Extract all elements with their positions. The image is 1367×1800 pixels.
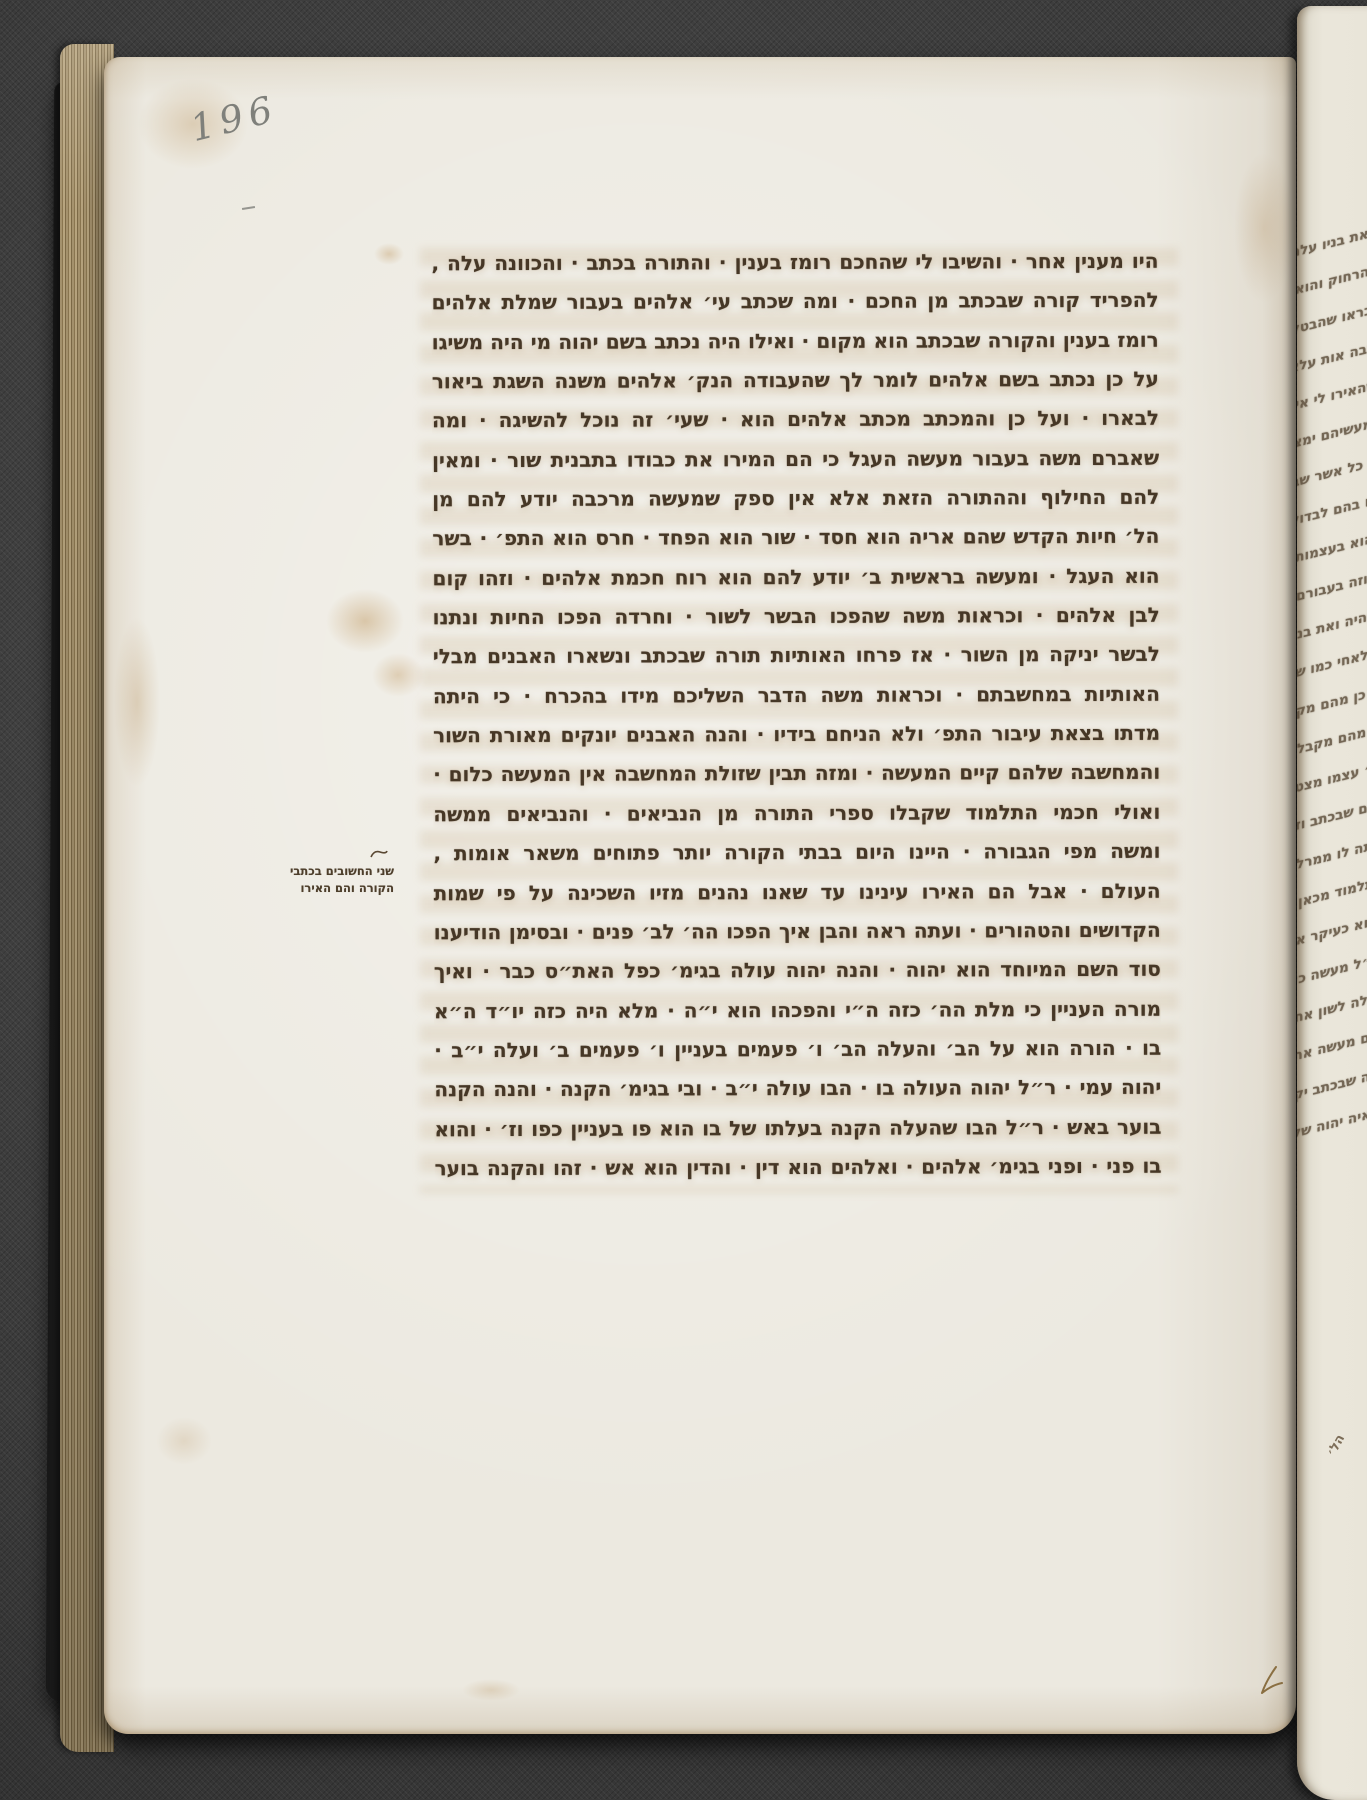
text-line: העולם · אבל הם האירו עינינו עד שאנו נהני… [434, 871, 1161, 913]
margin-note-line: הקורה והם האירו [282, 880, 394, 897]
text-line: הקדושים והטהורים · ועתה ראה והבן איך הפכ… [434, 911, 1161, 953]
ink-sprig-mark [1256, 1663, 1286, 1697]
text-line: על כן נכתב בשם אלהים לומר לך שהעבודה הנק… [432, 360, 1159, 402]
foxing-stain [114, 617, 160, 787]
text-line: מורה העניין כי מלת הה׳ כזה ה״י והפכהו הו… [434, 989, 1161, 1031]
text-line: להפריד קורה שבכתב מן החכם · ומה שכתב עי׳… [431, 281, 1158, 323]
foxing-stain [326, 589, 404, 653]
text-line: ומשה מפי הגבורה · היינו היום בבתי הקורה … [433, 832, 1160, 874]
text-line: מדתו בצאת עיבור התפ׳ ולא הניחם בידיו · ו… [433, 714, 1160, 756]
margin-note-line: שני החשובים בכתבי [282, 863, 394, 880]
text-line: והמחשבה שלהם קיים המעשה · ומזה תבין שזול… [433, 753, 1160, 795]
text-line: להם החילוף וההתורה הזאת אלא אין ספק שמעש… [432, 478, 1159, 520]
text-line: יהוה עמי · ר״ל יהוה העולה בו · הבו עולה … [434, 1068, 1161, 1110]
adjacent-page-edge: ואת בניו עלםהרחוק והואבראו שהבטלכבה אות … [1297, 6, 1367, 1800]
folio-number-pencil: 196 [186, 87, 282, 150]
text-line: ואולי חכמי התלמוד שקבלו ספרי התורה מן הנ… [433, 793, 1160, 835]
quire-mark: הל׳ [1324, 1432, 1348, 1459]
foxing-stain [374, 243, 404, 265]
foxing-stain [372, 653, 424, 697]
text-line: בו פני · ופני בגימ׳ אלהים · ואלהים הוא ד… [435, 1147, 1162, 1189]
foxing-stain [156, 1417, 212, 1465]
text-line: בוער באש · ר״ל הבו שהעלה הקנה בעלתו של ב… [434, 1107, 1161, 1149]
text-line: לבארו · ועל כן והמכתב מכתב אלהים הוא · ש… [432, 399, 1159, 441]
foxing-stain [462, 1679, 520, 1701]
text-line: רומז בענין והקורה שבכתב הוא מקום · ואילו… [432, 320, 1159, 362]
text-line: הל׳ חיות הקדש שהם אריה הוא חסד · שור הוא… [432, 517, 1159, 559]
margin-note-flourish-icon [370, 849, 388, 859]
main-text-block: היו מענין אחר · והשיבו לי שהחכם רומז בענ… [431, 242, 1161, 1189]
text-line: לבשר יניקה מן השור · אז פרחו האותיות תור… [433, 635, 1160, 677]
text-line: בו · הורה הוא על הב׳ והעלה הב׳ ו׳ פעמים … [434, 1029, 1161, 1071]
text-line: סוד השם המיוחד הוא יהוה · והנה יהוה עולה… [434, 950, 1161, 992]
text-line: לבן אלהים · וכראות משה שהפכו הבשר לשור ·… [433, 596, 1160, 638]
text-line: היו מענין אחר · והשיבו לי שהחכם רומז בענ… [431, 242, 1158, 284]
photo-backdrop: 196 היו מענין אחר · והשיבו לי שהחכם רומז… [0, 0, 1367, 1800]
manuscript-page: 196 היו מענין אחר · והשיבו לי שהחכם רומז… [104, 57, 1296, 1734]
pencil-dash-mark [242, 206, 255, 210]
text-line: שאברם משה בעבור מעשה העגל כי הם המירו את… [432, 438, 1159, 480]
text-line: האותיות במחשבתם · וכראות משה הדבר השליכם… [433, 675, 1160, 717]
margin-note: שני החשובים בכתבי הקורה והם האירו [282, 863, 394, 897]
adjacent-page-text: ואת בניו עלםהרחוק והואבראו שהבטלכבה אות … [1297, 204, 1367, 1163]
text-line: הוא העגל · ומעשה בראשית ב׳ יודע להם הוא … [432, 556, 1159, 598]
foxing-stain [1234, 153, 1294, 303]
